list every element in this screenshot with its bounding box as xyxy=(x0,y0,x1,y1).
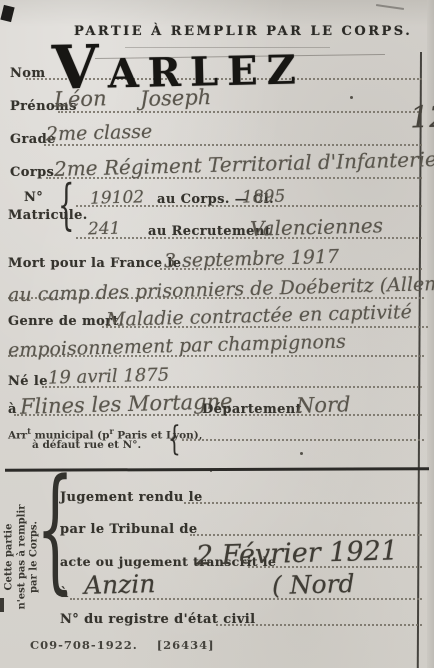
jugement-transcrit-date: 2 Février 1921 xyxy=(196,535,399,571)
print-code: C09-708-1922. xyxy=(30,638,138,652)
arr-label-part: Arr xyxy=(8,430,27,442)
prenoms-value-2: Joseph xyxy=(140,85,212,111)
prenoms-value-1: Léon xyxy=(54,86,107,111)
jugement-transcrit-departement: ( Nord xyxy=(272,569,355,600)
paper-edge-mark xyxy=(0,598,4,612)
jugement-a-label: à xyxy=(60,586,69,601)
arrondissement-label-line2: à défaut rue et N°. xyxy=(32,439,141,451)
margin-note: Cette partie n'est pas à remplir par le … xyxy=(4,490,38,625)
departement-value: Nord xyxy=(296,392,351,417)
jugement-transcrit-place: Anzin xyxy=(84,569,156,600)
print-code-line: C09-708-1922. [26434] xyxy=(30,638,215,652)
paper-scratch xyxy=(376,4,404,10)
matricule-label-line2: Matricule. xyxy=(8,208,88,223)
matricule-recrutement-number: 241 xyxy=(88,219,121,240)
arrondissement-dotted-line xyxy=(182,439,424,441)
matricule-recrutement-place: Valenciennes xyxy=(250,213,384,240)
jugement-rendu-label: Jugement rendu le xyxy=(60,490,203,505)
matricule-classe-value: 1895 xyxy=(242,186,286,207)
paper-corner-mark xyxy=(0,5,14,22)
corps-value: 2me Régiment Territorial d'Infanterie xyxy=(54,147,434,181)
ne-date: 19 avril 1875 xyxy=(48,364,170,388)
grade-dotted-line xyxy=(44,144,422,146)
matricule-label-line1: N° xyxy=(24,190,43,205)
departement-label: Département xyxy=(202,402,302,417)
arrondissement-brace: { xyxy=(168,421,181,455)
matricule-corps-number: 19102 xyxy=(90,187,145,208)
jugement-tribunal-label: par le Tribunal de xyxy=(60,522,198,537)
page-number: 12 xyxy=(410,100,434,136)
grade-value: 2me classe xyxy=(46,121,153,146)
prenoms-dotted-line xyxy=(58,111,422,113)
print-ref: [26434] xyxy=(157,638,215,652)
jugement-rendu-dotted-line xyxy=(184,502,422,504)
mort-label: Mort pour la France le xyxy=(8,256,181,271)
scanned-document: PARTIE À REMPLIR PAR LE CORPS. Nom Varle… xyxy=(0,0,434,668)
mort-date: 3 septembre 1917 xyxy=(164,246,340,273)
matricule-brace: { xyxy=(58,179,75,234)
registre-dotted-line xyxy=(216,624,422,626)
